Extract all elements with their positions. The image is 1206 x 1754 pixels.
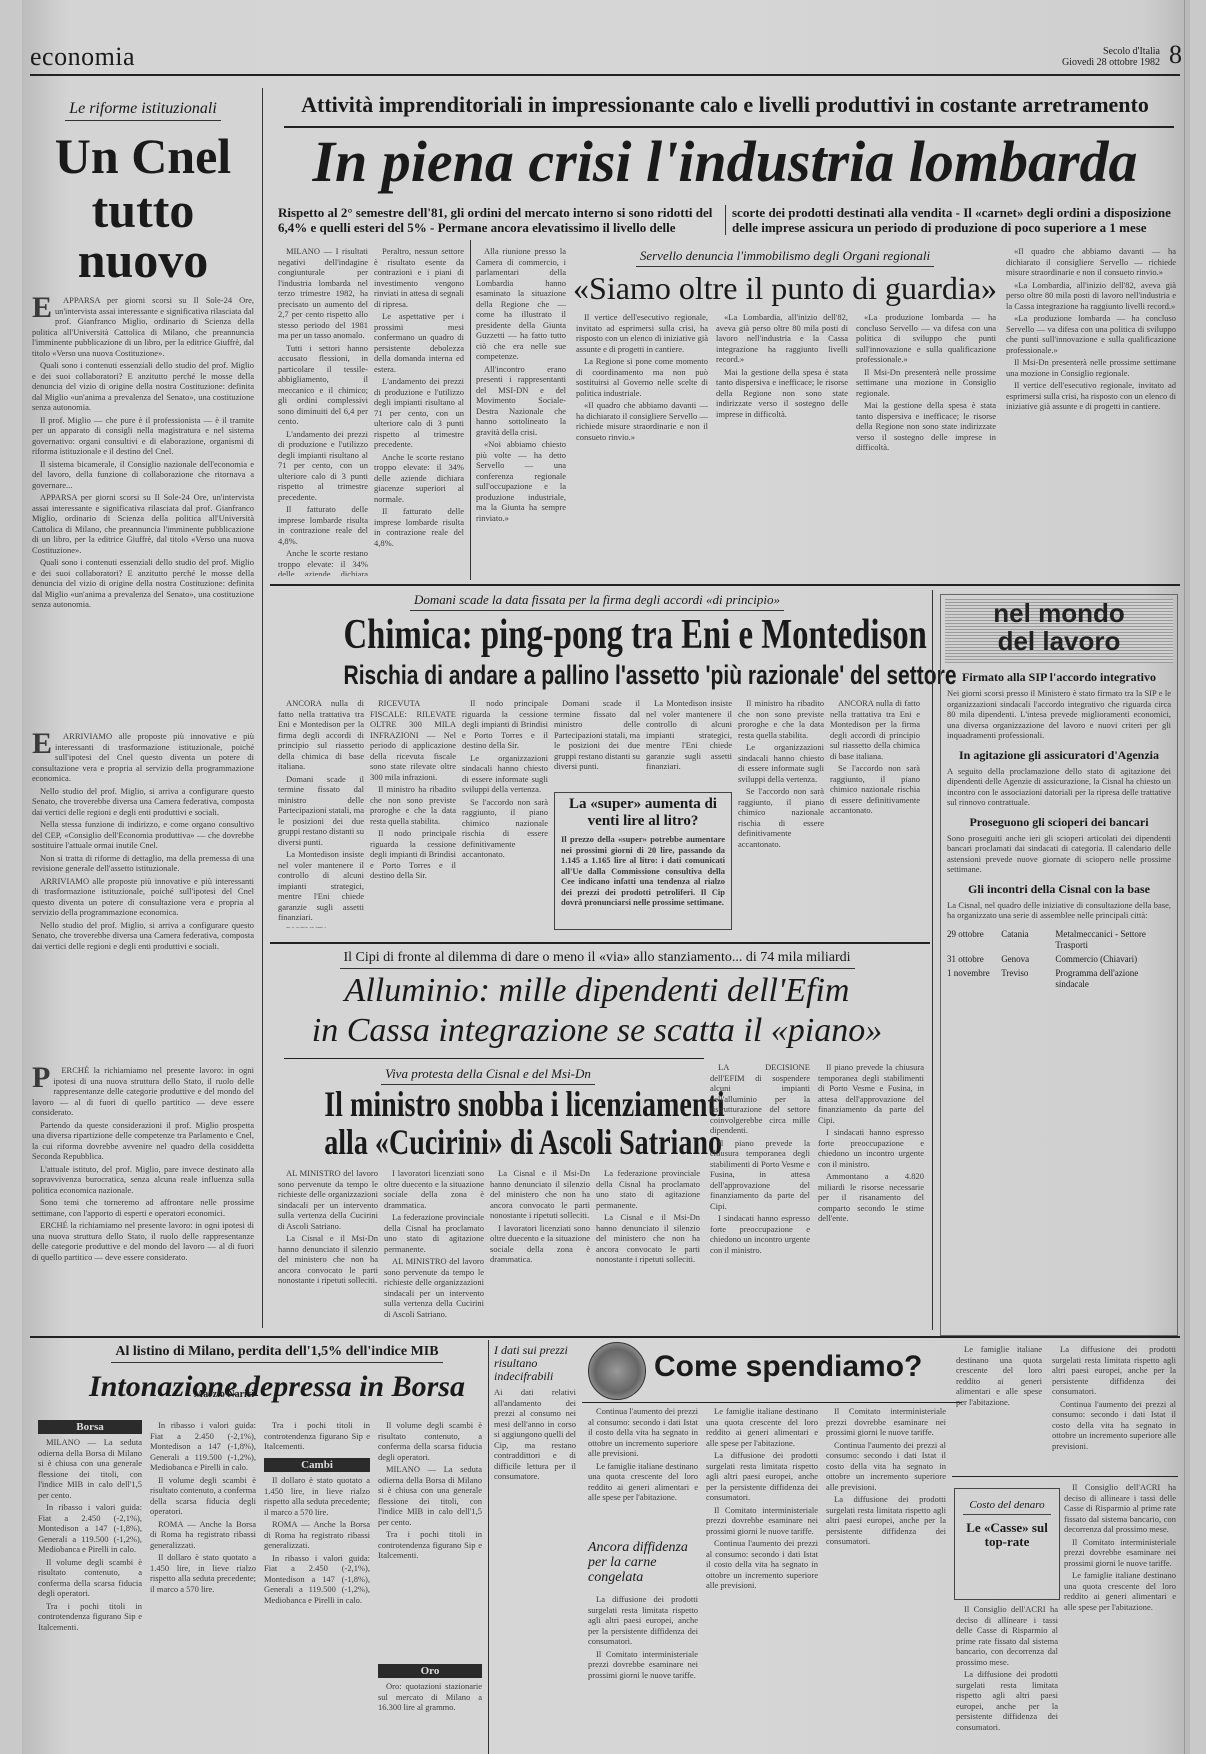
- chimica-title: Chimica: ping-pong tra Eni e Montedison: [344, 612, 851, 658]
- schedule-topic: Commercio (Chiavari): [1055, 954, 1171, 965]
- cucirini-title-1: Il ministro snobba i licenziamenti: [324, 1086, 652, 1122]
- cucirini-kicker: Viva protesta della Cisnal e del Msi-Dn: [381, 1066, 595, 1085]
- lavoro-item-body: Nei giorni scorsi presso il Ministero è …: [947, 688, 1171, 741]
- article-cnel: Le riforme istituzionali Un Cnel tutto n…: [32, 84, 254, 1334]
- lavoro-box: nel mondodel lavoro Firmato alla SIP l'a…: [940, 594, 1178, 1336]
- divider: [470, 240, 471, 580]
- rule: [270, 584, 1180, 586]
- schedule-topic: Programma dell'azione sindacale: [1055, 968, 1171, 990]
- section-title: economia: [30, 42, 135, 72]
- newspaper-page: economia Secolo d'Italia Giovedì 28 otto…: [22, 0, 1190, 1754]
- borsa-col-4: Il volume degli scambi è risultato conte…: [378, 1420, 482, 1751]
- rule: [30, 1336, 1180, 1338]
- schedule-date: 1 novembre: [947, 968, 995, 990]
- cucirini-col-4: La federazione provinciale della Cisnal …: [596, 1168, 700, 1328]
- cnel-kicker: Le riforme istituzionali: [65, 100, 221, 121]
- alluminio-title-2: in Cassa integrazione se scatta il «pian…: [272, 1012, 922, 1050]
- cisnal-schedule: 29 ottobreCataniaMetalmeccanici - Settor…: [947, 929, 1171, 990]
- oro-label: Oro: [378, 1664, 482, 1678]
- costo-body: Il Consiglio dell'ACRI ha deciso di alli…: [1064, 1482, 1176, 1744]
- masthead-rule: [30, 74, 1180, 76]
- rule: [284, 1058, 704, 1059]
- page-number: 8: [1169, 40, 1182, 70]
- chimica-col-4: Domani scade il termine fissato dal mini…: [554, 698, 640, 786]
- paper-name: Secolo d'Italia: [1062, 46, 1160, 57]
- schedule-date: 31 ottobre: [947, 954, 995, 965]
- alluminio-kicker: Il Cipi di fronte al dilemma di dare o m…: [340, 950, 855, 969]
- cnel-title-2: tutto nuovo: [32, 185, 254, 285]
- cucirini-col-1: AL MINISTRO del lavoro sono pervenute da…: [278, 1168, 378, 1328]
- dati-body: Ai dati relativi all'andamento dei prezz…: [494, 1387, 576, 1687]
- schedule-city: Genova: [1001, 954, 1049, 965]
- cucirini-col-2: I lavoratori licenziati sono oltre duece…: [384, 1168, 484, 1328]
- lavoro-banner: nel mondodel lavoro: [945, 599, 1173, 663]
- lombarda-col-2: Peraltro, nessun settore è risultato ese…: [374, 246, 464, 576]
- borsa-col-1: Borsa MILANO — La seduta odierna della B…: [38, 1420, 142, 1737]
- chimica-col-3: Il nodo principale riguarda la cessione …: [462, 698, 548, 928]
- servello-col-3: «La produzione lombarda — ha concluso Se…: [856, 312, 996, 580]
- spendiamo-col-1: Continua l'aumento dei prezzi al consumo…: [588, 1406, 698, 1536]
- schedule-row: 31 ottobreGenovaCommercio (Chiavari): [947, 954, 1171, 965]
- column-divider: [262, 88, 263, 1328]
- page-edge: [1184, 0, 1185, 1754]
- cnel-body-2: E ARRIVIAMO alle proposte più innovative…: [32, 731, 254, 1051]
- dati-title: I dati sui prezzi risultano indecifrabil…: [494, 1344, 576, 1383]
- spendiamo-title: Come spendiamo?: [654, 1350, 922, 1384]
- lombarda-title: In piena crisi l'industria lombarda: [270, 128, 1180, 195]
- coin-icon: [588, 1342, 646, 1400]
- lavoro-item-title: Proseguono gli scioperi dei bancari: [947, 816, 1171, 829]
- divider: [488, 1340, 489, 1754]
- costo-title: Le «Casse» sul top-rate: [955, 1521, 1059, 1549]
- lavoro-item-title: Gli incontri della Cisnal con la base: [947, 883, 1171, 896]
- lavoro-item-title: Firmato alla SIP l'accordo integrativo: [947, 671, 1171, 684]
- alluminio-col-2: Il piano prevede la chiusura temporanea …: [818, 1062, 924, 1328]
- chimica-col-7: ANCORA nulla di fatto nella trattativa t…: [830, 698, 920, 928]
- chimica-kicker: Domani scade la data fissata per la firm…: [410, 592, 784, 611]
- rule: [582, 1402, 962, 1403]
- dati-subtitle: Ancora diffidenza per la carne congelata: [588, 1540, 698, 1585]
- chimica-col-2: RICEVUTA FISCALE: RILEVATE OLTRE 300 MIL…: [370, 698, 456, 928]
- rule: [952, 1476, 1178, 1477]
- cnel-body: E APPARSA per giorni scorsi su Il Sole-2…: [32, 295, 254, 715]
- alluminio-col-1: LA DECISIONE dell'EFIM di sospendere alc…: [710, 1062, 810, 1328]
- borsa-label: Borsa: [38, 1420, 142, 1434]
- servello-title: «Siamo oltre il punto di guardia»: [570, 270, 1000, 307]
- chimica-col-5: La Montedison insiste nel voler mantener…: [646, 698, 732, 786]
- divider: [932, 590, 933, 1330]
- chimica-col-1: ANCORA nulla di fatto nella trattativa t…: [278, 698, 364, 928]
- cnel-title-1: Un Cnel: [32, 131, 254, 181]
- borsa-title: Intonazione depressa in Borsa: [42, 1370, 512, 1404]
- schedule-topic: Metalmeccanici - Settore Trasporti: [1055, 929, 1171, 951]
- servello-col-1: Il vertice dell'esecutivo regionale, inv…: [576, 312, 708, 580]
- spendiamo-col-3: Il Comitato interministeriale prezzi dov…: [826, 1406, 946, 1744]
- lavoro-item-title: In agitazione gli assicuratori d'Agenzia: [947, 749, 1171, 762]
- lombarda-kicker: Attività imprenditoriali in impressionan…: [270, 92, 1180, 118]
- lombarda-col-3: Alla riunione presso la Camera di commer…: [476, 246, 566, 576]
- chimica-subtitle: Rischia di andare a pallino l'assetto 'p…: [344, 660, 851, 690]
- schedule-date: 29 ottobre: [947, 929, 995, 951]
- lavoro-item-body: La Cisnal, nel quadro delle iniziative d…: [947, 900, 1171, 921]
- cucirini-title-2: alla «Cucirini» di Ascoli Satriano: [324, 1124, 652, 1160]
- alluminio-title-1: Alluminio: mille dipendenti dell'Efim: [272, 972, 922, 1010]
- costo-body-2: Il Consiglio dell'ACRI ha deciso di alli…: [956, 1604, 1058, 1744]
- chimica-col-6: Il ministro ha ribadito che non sono pre…: [738, 698, 824, 928]
- lombarda-col-1: MILANO — I risultati negativi dell'indag…: [278, 246, 368, 576]
- borsa-kicker: Al listino di Milano, perdita dell'1,5% …: [111, 1344, 442, 1363]
- lavoro-item-body: Sono proseguiti anche ieri gli scioperi …: [947, 833, 1171, 875]
- rule: [270, 942, 930, 944]
- costo-box: Costo del denaro Le «Casse» sul top-rate: [954, 1488, 1060, 1600]
- issue-date: Giovedì 28 ottobre 1982: [1062, 57, 1160, 68]
- schedule-row: 29 ottobreCataniaMetalmeccanici - Settor…: [947, 929, 1171, 951]
- spendiamo-col-4: Le famiglie italiane destinano una quota…: [956, 1344, 1042, 1419]
- spendiamo-col-2: Le famiglie italiane destinano una quota…: [706, 1406, 818, 1744]
- servello-col-4: «Il quadro che abbiamo davanti — ha dich…: [1006, 246, 1176, 580]
- super-body: Il prezzo della «super» potrebbe aumenta…: [555, 830, 731, 938]
- lombarda-subtitle-right: scorte dei prodotti destinati alla vendi…: [732, 205, 1178, 235]
- page-meta: Secolo d'Italia Giovedì 28 ottobre 1982: [1062, 46, 1160, 68]
- lavoro-item-body: A seguito della proclamazione dello stat…: [947, 766, 1171, 808]
- servello-kicker: Servello denuncia l'immobilismo degli Or…: [636, 248, 934, 267]
- schedule-row: 1 novembreTrevisoProgramma dell'azione s…: [947, 968, 1171, 990]
- lombarda-subtitle-left: Rispetto al 2° semestre dell'81, gli ord…: [278, 205, 718, 235]
- spendiamo-col-5: La diffusione dei prodotti surgelati res…: [1052, 1344, 1176, 1472]
- schedule-city: Catania: [1001, 929, 1049, 951]
- super-title: La «super» aumenta di venti lire al litr…: [555, 793, 731, 830]
- dati-article: I dati sui prezzi risultano indecifrabil…: [494, 1344, 576, 1687]
- cucirini-col-3: La Cisnal e il Msi-Dn hanno denunciato i…: [490, 1168, 590, 1328]
- borsa-col-3: Tra i pochi titoli in controtendenza fig…: [264, 1420, 370, 1745]
- spendiamo-col-1b: La diffusione dei prodotti surgelati res…: [588, 1594, 698, 1744]
- servello-col-2: «La Lombardia, all'inizio dell'82, aveva…: [716, 312, 848, 580]
- divider: [725, 205, 726, 235]
- super-box: La «super» aumenta di venti lire al litr…: [554, 792, 732, 930]
- borsa-col-2: In ribasso i valori guida: Fiat a 2.450 …: [150, 1420, 256, 1740]
- schedule-city: Treviso: [1001, 968, 1049, 990]
- costo-kicker: Costo del denaro: [963, 1499, 1051, 1515]
- cambi-label: Cambi: [264, 1458, 370, 1472]
